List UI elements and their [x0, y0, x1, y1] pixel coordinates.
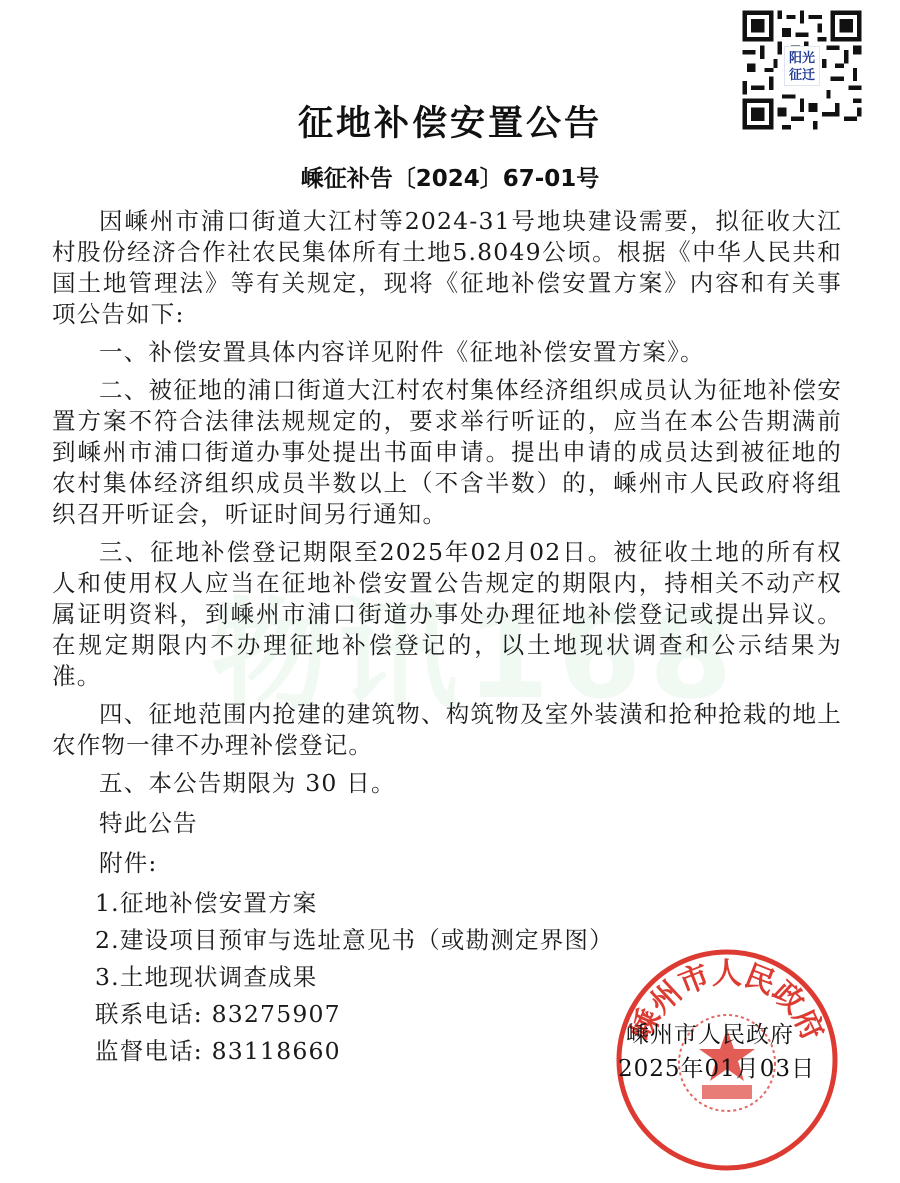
item-1: 一、补偿安置具体内容详见附件《征地补偿安置方案》。	[52, 337, 842, 368]
qr-label-line1: 阳光	[785, 50, 819, 67]
document-number: 嵊征补告〔2024〕67-01号	[0, 160, 900, 193]
signature-block: 嵊州市人民政府 2025年01月03日	[618, 1018, 848, 1086]
item-5-period: 五、本公告期限为 30 日。	[52, 768, 842, 799]
attachments-label: 附件:	[52, 848, 842, 879]
notice-body: 因嵊州市浦口街道大江村等2024-31号地块建设需要，拟征收大江村股份经济合作社…	[52, 206, 842, 1073]
item-3: 三、征地补偿登记期限至2025年02月02日。被征收土地的所有权人和使用权人应当…	[52, 537, 842, 692]
closing-text: 特此公告	[52, 808, 842, 839]
page-title: 征地补偿安置公告	[0, 96, 900, 146]
qr-center-label: 阳光 征迁	[784, 46, 820, 86]
attachment-item-1: 1.征地补偿安置方案	[52, 888, 842, 919]
item-2: 二、被征地的浦口街道大江村农村集体经济组织成员认为征地补偿安置方案不符合法律法规…	[52, 375, 842, 530]
intro-paragraph: 因嵊州市浦口街道大江村等2024-31号地块建设需要，拟征收大江村股份经济合作社…	[52, 206, 842, 330]
item-4: 四、征地范围内抢建的建筑物、构筑物及室外装潢和抢种抢栽的地上农作物一律不办理补偿…	[52, 699, 842, 761]
issuing-organization: 嵊州市人民政府	[618, 1018, 848, 1052]
issue-date: 2025年01月03日	[618, 1052, 848, 1086]
qr-label-line2: 征迁	[785, 67, 819, 84]
